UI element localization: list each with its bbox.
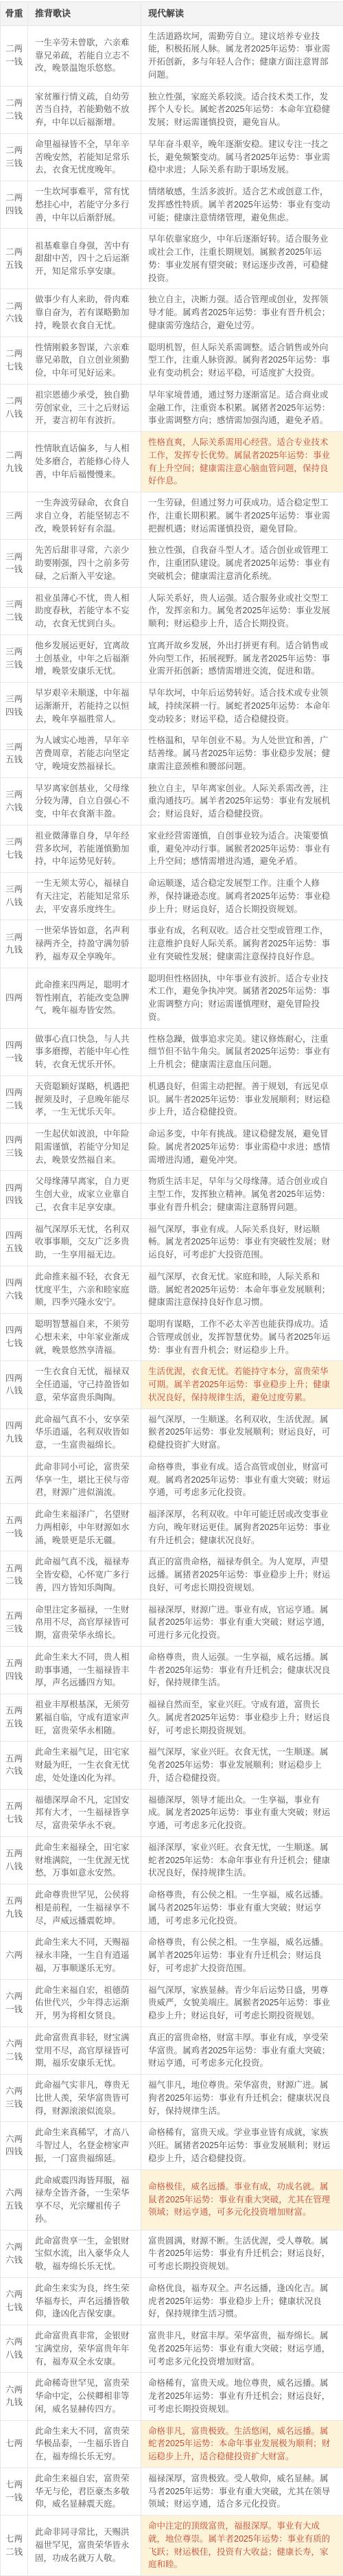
modern-cell: 福禄深厚，财源广进。事业有成，官运亨通。属鼠者2025年运势：事业有重大突破；财…	[141, 1599, 343, 1646]
table-row: 五两六钱 此命生来福气足，田宅家财最为旺，一生衣食无忧虑，处处逢凶化为祥。 福气…	[1, 1742, 343, 1789]
modern-cell: 物质生活丰足，早年与父母缘薄。适合创业或自主型工作，发挥独立精神。属兔者2025…	[141, 1171, 343, 1218]
table-row: 五两七钱 福德深厚命不凡，定国安邦有大才，一生福禄皆享尽，富贵荣华永不衰。 福德…	[1, 1789, 343, 1836]
verse-cell: 为人诚实心地善，早年辛苦费周章，若能志向坚定守，晚境安然福禄长。	[28, 730, 141, 777]
verse-cell: 家贫雁行情义疏，自幼劳苦当自持，若能勤勉不放弃，中年以后福渐增。	[28, 86, 141, 133]
modern-cell: 一生劳碌，但通过努力可获成功。适合稳定型工作，注重长期积累。属牛者2025年运势…	[141, 492, 343, 540]
table-row: 二两七钱 性情刚毅多智谋，六亲难靠兄弟散，自立创业须勤俭，中年可见好运来。 聪明…	[1, 337, 343, 384]
verse-cell: 此命生来大不同，富贵荣华极品泰，一生福乐皆自在，福寿绵长乐无穷。	[28, 2420, 141, 2467]
table-row: 五两三钱 命里注定多福禄，一生财帛用不尽，高官厚禄皆可期，富贵荣华永绵长。 福禄…	[1, 1599, 343, 1646]
table-row: 五两五钱 祖业丰厚根基深，无须劳累福自临，守成有道家声旺，富贵荣华永相随。 福禄…	[1, 1694, 343, 1742]
modern-cell: 早年家境普通，通过努力逐渐富足。适合商业或金融工作，注重资本积累。属猪者2025…	[141, 384, 343, 431]
weight-cell: 三两五钱	[1, 730, 28, 777]
table-row: 三两五钱 为人诚实心地善，早年辛苦费周章，若能志向坚定守，晚境安然福禄长。 性格…	[1, 730, 343, 777]
weight-cell: 六两	[1, 1932, 28, 1979]
modern-cell: 福禄深厚，富贵极致。受人敬仰，威名显赫。属马者2025年运势：事业有重大突破，尤…	[141, 2467, 343, 2515]
weight-cell: 六两四钱	[1, 2122, 28, 2169]
verse-cell: 此命福气实非凡，尊贵无比世人羡，荣华富贵皆可得，财源滚滚似流泉。	[28, 2075, 141, 2122]
weight-cell: 七两一钱	[1, 2467, 28, 2515]
verse-cell: 此命生来实为良，终生荣华福寿长，声名远播皆敬仰，逢凶化吉保安康。	[28, 2277, 141, 2325]
table-row: 五两八钱 此命生来福禄全，田宅家财堆满院，一生优渥无忧愁，万事如意永安然。 福泽…	[1, 1836, 343, 1884]
modern-cell: 福气深厚，家族显赫。青少年后运势日盛，男尊贵威严，女貌美端庄。属猴者2025年运…	[141, 1979, 343, 2027]
modern-cell: 情绪敏感，生活多波折。适合艺术或创意工作，发挥感性特质。属羊者2025年运势：事…	[141, 181, 343, 229]
weight-cell: 五两一钱	[1, 1504, 28, 1551]
weight-cell: 五两六钱	[1, 1742, 28, 1789]
weight-cell: 二两五钱	[1, 229, 28, 289]
modern-cell: 真正的富贵命格，财富丰厚。事业有成，享受荣华富贵。属鸡者2025年运势：事业有重…	[141, 2027, 343, 2074]
verse-cell: 聪明智慧福自来，不须劳心想未来，中年家业渐成就，晚景悠然享清福。	[28, 1314, 141, 1361]
weight-cell: 三两四钱	[1, 683, 28, 730]
weight-cell: 四两一钱	[1, 1028, 28, 1075]
weight-cell: 二两九钱	[1, 432, 28, 492]
table-row: 四两三钱 一生起伏如波浪，中年险阻需谨慎，若能守分知足去，晚景安然福自来。 命运…	[1, 1124, 343, 1171]
verse-cell: 命里福禄皆不全，早年辛苦晚安然，若能知足常乐去，衣食无忧度晚年。	[28, 133, 141, 181]
weight-cell: 二两三钱	[1, 133, 28, 181]
table-row: 四两二钱 天资聪颖好谋略，机遇把握须及时，子息晚年能尽孝，一生无忧乐天年。 机遇…	[1, 1075, 343, 1123]
modern-cell: 命运多变，中年有挑战。建议稳健发展，避免冒险。属虎者2025年运势：事业需稳中求…	[141, 1124, 343, 1171]
table-row: 六两六钱 此命富贵享一生，金银财宝似水流，出入豪华众人敬，福寿绵长乐无忧。 富贵…	[1, 2230, 343, 2277]
weight-cell: 五两三钱	[1, 1599, 28, 1646]
verse-cell: 做事少有人来助，骨肉难靠自奋为，若有谋略勤加持，晚景衣食自无忧。	[28, 289, 141, 337]
table-row: 四两七钱 聪明智慧福自来，不须劳心想未来，中年家业渐成就，晚景悠然享清福。 聪明…	[1, 1314, 343, 1361]
table-row: 三两一钱 先苦后甜非寻常，六亲少助要刚强，四十之前多劳碌，之后渐入平安途。 独立…	[1, 540, 343, 587]
verse-cell: 一生辛劳未曾歇，六亲难靠兄弟疏，若能自立志不改，晚景温饱乐悠悠。	[28, 25, 141, 86]
weight-cell: 五两	[1, 1456, 28, 1503]
table-row: 四两五钱 福气深厚乐无忧，名利双收事事顺，交友广泛多贵助，一生享用福无边。 福气…	[1, 1218, 343, 1266]
weight-cell: 四两四钱	[1, 1171, 28, 1218]
verse-cell: 此命非同小可论，富贵荣华享一生，堪比王侯与帝君，财源广进似湍流。	[28, 1456, 141, 1503]
weight-cell: 六两三钱	[1, 2075, 28, 2122]
table-row: 二两一钱 一生辛劳未曾歇，六亲难靠兄弟疏，若能自立志不改，晚景温饱乐悠悠。 生活…	[1, 25, 343, 86]
table-row: 二两八钱 祖宗恩德少承受，独自勤劳创家业，三十之后财运开，妻言初年有波折。 早年…	[1, 384, 343, 431]
weight-cell: 三两六钱	[1, 777, 28, 825]
modern-cell: 性格直爽，人际关系需用心经营。适合专业技术工作，发挥专长优势。属鼠者2025年运…	[141, 432, 343, 492]
weight-cell: 二两一钱	[1, 25, 28, 86]
verse-cell: 祖业丰厚根基深，无须劳累福自临，守成有道家声旺，富贵荣华永相随。	[28, 1694, 141, 1742]
weight-cell: 三两一钱	[1, 540, 28, 587]
table-row: 二两三钱 命里福禄皆不全，早年辛苦晚安然，若能知足常乐去，衣食无忧度晚年。 早年…	[1, 133, 343, 181]
verse-cell: 此命生来真稀罕，才高八斗智过人，名登金榜家声振，一门富贵福绵延。	[28, 2122, 141, 2169]
table-row: 四两九钱 此命福气真不小，安享荣华乐逍遥，名利双收皆如意，一生富贵福绵长。 福气…	[1, 1409, 343, 1456]
verse-cell: 性情刚毅多智谋，六亲难靠兄弟散，自立创业须勤俭，中年可见好运来。	[28, 337, 141, 384]
table-row: 二两九钱 性情耿直话偏多，与人相处多磨合，若能修心待人善，中年后福慢慢来。 性格…	[1, 432, 343, 492]
table-row: 四两六钱 此命推来福不轻，衣食无忧度平生，六亲和睦家庭顺，四季兴隆永安宁。 福气…	[1, 1266, 343, 1313]
weight-cell: 七两	[1, 2420, 28, 2467]
weight-cell: 五两二钱	[1, 1551, 28, 1599]
weight-cell: 四两五钱	[1, 1218, 28, 1266]
verse-cell: 一生衣食自无忧，福禄双全任逍遥，守己持盈皆如意，荣华富贵乐陶陶。	[28, 1361, 141, 1409]
table-row: 五两九钱 此命尊贵世罕见，公侯将相是前程，一生福禄享不尽，声威远播震乾坤。 命格…	[1, 1884, 343, 1932]
verse-cell: 早岁离家创基业，父母缘分较为薄，自立自强心不变，中年衣食渐丰盈。	[28, 777, 141, 825]
verse-cell: 此命福气真不小，安享荣华乐逍遥，名利双收皆如意，一生富贵福绵长。	[28, 1409, 141, 1456]
modern-cell: 命格稀有，富贵天成。地位尊贵，威名远播。属龙者2025年运势：事业有升迁机会；财…	[141, 2373, 343, 2420]
weight-cell: 二两四钱	[1, 181, 28, 229]
weight-cell: 四两八钱	[1, 1361, 28, 1409]
verse-cell: 此命福气真不浅，福禄寿全皆安稳，心怀宽广多行善，四方皆知乐陶陶。	[28, 1551, 141, 1599]
verse-cell: 祖基难靠自身强，苦中有甜甜中苦，四十之后运渐开，知足常乐享安康。	[28, 229, 141, 289]
modern-cell: 命格非凡，富贵极致。生活悠闲，威名远播。属蛇者2025年运势：本命年事业发展极为…	[141, 2420, 343, 2467]
verse-cell: 他乡发展运更好，宜离故土创基业，中年之后福渐增，晚景安康乐无忧。	[28, 635, 141, 682]
verse-cell: 一生起伏如波浪，中年险阻需谨慎，若能守分知足去，晚景安然福自来。	[28, 1124, 141, 1171]
table-row: 七两 此命生来大不同，富贵荣华极品泰，一生福乐皆自在，福寿绵长乐无穷。 命格非凡…	[1, 2420, 343, 2467]
table-row: 五两 此命非同小可论，富贵荣华享一生，堪比王侯与帝君，财源广进似湍流。 命格尊贵…	[1, 1456, 343, 1503]
modern-cell: 生活优渥，衣食无忧。若能持守本分，富贵荣华可期。属羊者2025年运势：事业稳步上…	[141, 1361, 343, 1409]
weight-cell: 五两四钱	[1, 1646, 28, 1694]
weight-cell: 六两一钱	[1, 1979, 28, 2027]
table-row: 六两七钱 此命生来实为良，终生荣华福寿长，声名远播皆敬仰，逢凶化吉保安康。 命格…	[1, 2277, 343, 2325]
verse-cell: 此命生来福自宏，富贵荣华无与伦，君臣豪杰多敬仰，威名显赫震天庭。	[28, 2467, 141, 2515]
modern-cell: 福泽深厚，名利双收。中年可能迁居或改变事业方向，晚年财运更佳。属狗者2025年运…	[141, 1504, 343, 1551]
modern-cell: 聪明但性格固执，中年事业有波折。适合专业技术工作，避免争执冲突。属猪者2025年…	[141, 968, 343, 1028]
modern-cell: 福气深厚，事业有成。人际关系良好，财运顺畅。属龙者2025年运势：事业有突破性发…	[141, 1218, 343, 1266]
modern-cell: 命格优良，福寿双全。声名远播，逢凶化吉。属虎者2025年运势：事业稳步上升；健康…	[141, 2277, 343, 2325]
verse-cell: 此命推来四两足，聪明才智性刚直，若能改变急脾气，晚年福寿皆安然。	[28, 968, 141, 1028]
modern-cell: 福气深厚，一生顺遂。名利双收，生活优渥。属猴者2025年运势：事业发展顺利；财运…	[141, 1409, 343, 1456]
modern-cell: 富贵圆满，财源不断。生活优渥，受人尊敬。属牛者2025年运势：事业有升迁机会；财…	[141, 2230, 343, 2277]
weight-cell: 七两二钱	[1, 2516, 28, 2576]
verse-cell: 祖宗恩德少承受，独自勤劳创家业，三十之后财运开，妻言初年有波折。	[28, 384, 141, 431]
verse-cell: 一生奔波劳碌命，衣食自求自立身，若能坚韧志不改，晚景转好有余温。	[28, 492, 141, 540]
weight-cell: 二两二钱	[1, 86, 28, 133]
modern-cell: 早年依靠家庭少，中年后逐渐好转。适合服务业或社会工作，注重长期规划。属猴者202…	[141, 229, 343, 289]
verse-cell: 命里注定多福禄，一生财帛用不尽，高官厚禄皆可期，富贵荣华永绵长。	[28, 1599, 141, 1646]
weight-cell: 三两三钱	[1, 635, 28, 682]
table-row: 六两四钱 此命生来真稀罕，才高八斗智过人，名登金榜家声振，一门富贵福绵延。 命格…	[1, 2122, 343, 2169]
modern-cell: 命格尊贵，事业有成。适合高管或创业，财富可观。属鸡者2025年运势：事业有重大突…	[141, 1456, 343, 1503]
modern-cell: 人际关系好，贵人运强。适合服务业或社交型工作，发挥亲和力。属兔者2025年运势：…	[141, 587, 343, 635]
table-row: 三两七钱 祖业微薄靠自身，早年经营多坎坷，若能谨慎勤加持，中年运势见好转。 家业…	[1, 825, 343, 872]
verse-cell: 此命威震四海皆拜服，福禄寿全皆齐备，一生荣华享不尽，光宗耀祖传子孙。	[28, 2169, 141, 2230]
modern-cell: 福气深厚，衣食无忧。家庭和睦，人际关系和谐。属蛇者2025年运势：本命年事业发展…	[141, 1266, 343, 1313]
weight-cell: 四两二钱	[1, 1075, 28, 1123]
verse-cell: 此命富贵真非常，金银财宝满堂房，荣华富贵年年有，福寿双全永安康。	[28, 2325, 141, 2373]
verse-cell: 性情耿直话偏多，与人相处多磨合，若能修心待人善，中年后福慢慢来。	[28, 432, 141, 492]
modern-cell: 独立性强，自我奋斗型人才。适合创业或管理工作，注重团队建设。属虎者2025年运势…	[141, 540, 343, 587]
verse-cell: 此命非同寻常比，天赐洪福世罕见，富贵荣华皆永固，功成名就万人敬。	[28, 2516, 141, 2576]
verse-cell: 祖业微薄靠自身，早年经营多坎坷，若能谨慎勤加持，中年运势见好转。	[28, 825, 141, 872]
verse-cell: 此命稀奇世罕见，富贵荣华命中定，公侯卿相非等闲，威名显赫传四方。	[28, 2373, 141, 2420]
verse-cell: 福气深厚乐无忧，名利双收事事顺，交友广泛多贵助，一生享用福无边。	[28, 1218, 141, 1266]
table-row: 三两三钱 他乡发展运更好，宜离故土创基业，中年之后福渐增，晚景安康乐无忧。 宜离…	[1, 635, 343, 682]
verse-cell: 一生无须太劳心，福禄自有天注定，若能知足常乐去，平安喜乐度终生。	[28, 873, 141, 920]
modern-cell: 命格尊贵，有公侯之相。一生享福，威名远播。属羊者2025年运势：事业有升迁机会；…	[141, 1932, 343, 1979]
verse-cell: 此命生来大不同，天赐福禄永丰隆，一生自有逍遥福，万事顺遂乐无穷。	[28, 1932, 141, 1979]
weight-cell: 六两八钱	[1, 2325, 28, 2373]
table-row: 六两三钱 此命福气实非凡，尊贵无比世人羡，荣华富贵皆可得，财源滚滚似流泉。 福气…	[1, 2075, 343, 2122]
modern-cell: 事业有成，名利双收。适合社交型或管理工作，注意维护良好人际关系。属狗者2025年…	[141, 920, 343, 968]
weight-cell: 四两三钱	[1, 1124, 28, 1171]
modern-cell: 福气非凡，地位尊贵。荣华富贵，财源广进。属狗者2025年运势：事业有升迁机会；健…	[141, 2075, 343, 2122]
modern-cell: 性格温和，早年创业不易。为人处世宜和善，广结善缘。属马者2025年运势：事业稳步…	[141, 730, 343, 777]
table-row: 五两一钱 此命生来福泽广，名望财力两相彰，中年财源如水涌，晚景更是乐无疆。 福泽…	[1, 1504, 343, 1551]
weight-cell: 四两七钱	[1, 1314, 28, 1361]
weight-cell: 五两九钱	[1, 1884, 28, 1932]
verse-cell: 此命尊贵世罕见，公侯将相是前程，一生福禄享不尽，声威远播震乾坤。	[28, 1884, 141, 1932]
weight-cell: 二两八钱	[1, 384, 28, 431]
verse-cell: 祖业虽薄心不忧，贵人相助度春秋，若能守本不妄动，衣食无忧到白头。	[28, 587, 141, 635]
table-row: 六两八钱 此命富贵真非常，金银财宝满堂房，荣华富贵年年有，福寿双全永安康。 富贵…	[1, 2325, 343, 2373]
modern-cell: 生活道路坎坷，需勤劳自立。建议培养专业技能，积极拓展人脉。属龙者2025年运势：…	[141, 25, 343, 86]
verse-cell: 先苦后甜非寻常，六亲少助要刚强，四十之前多劳碌，之后渐入平安途。	[28, 540, 141, 587]
modern-cell: 独立自主，早年离家创业。人际关系需改善，注重沟通技巧。属羊者2025年运势：事业…	[141, 777, 343, 825]
table-row: 三两 一生奔波劳碌命，衣食自求自立身，若能坚韧志不改，晚景转好有余温。 一生劳碌…	[1, 492, 343, 540]
weight-cell: 四两九钱	[1, 1409, 28, 1456]
verse-cell: 父母缘薄早离家，自力更生创大业，成家立业靠自己，衣食丰足享安康。	[28, 1171, 141, 1218]
table-row: 四两八钱 一生衣食自无忧，福禄双全任逍遥，守己持盈皆如意，荣华富贵乐陶陶。 生活…	[1, 1361, 343, 1409]
weight-cell: 二两六钱	[1, 289, 28, 337]
table-row: 六两一钱 此命生来福自宏，祖德荫佑世代兴，少年得志运渐开，男为将相女贤良。 福气…	[1, 1979, 343, 2027]
modern-cell: 早年奋斗艰辛，晚年逐渐安稳。建议专注一技之长，避免频繁变动。属马者2025年运势…	[141, 133, 343, 181]
verse-cell: 此命推来福不轻，衣食无忧度平生，六亲和睦家庭顺，四季兴隆永安宁。	[28, 1266, 141, 1313]
modern-cell: 命格极佳，威名远播。事业有成，功成名就。属鼠者2025年运势：事业有重大突破，尤…	[141, 2169, 343, 2230]
table-row: 三两九钱 一世荣华皆如意，名声利禄两齐全，持盈守满勿骄矜，福寿双全享晚年。 事业…	[1, 920, 343, 968]
verse-cell: 此命生来福气足，田宅家财最为旺，一生衣食无忧虑，处处逢凶化为祥。	[28, 1742, 141, 1789]
table-row: 二两二钱 家贫雁行情义疏，自幼劳苦当自持，若能勤勉不放弃，中年以后福渐增。 独立…	[1, 86, 343, 133]
verse-cell: 天资聪颖好谋略，机遇把握须及时，子息晚年能尽孝，一生无忧乐天年。	[28, 1075, 141, 1123]
verse-cell: 做事心直口快急，与人共事多磨擦，若能中年心性转，衣食无忧乐开怀。	[28, 1028, 141, 1075]
verse-cell: 此命生来福自宏，祖德荫佑世代兴，少年得志运渐开，男为将相女贤良。	[28, 1979, 141, 2027]
verse-cell: 此命生来福泽广，名望财力两相彰，中年财源如水涌，晚景更是乐无疆。	[28, 1504, 141, 1551]
modern-cell: 独立性强，家庭关系较淡。适合技术类工作，发挥个人专长。属蛇者2025年运势：本命…	[141, 86, 343, 133]
bone-weight-table: 骨重 推背歌诀 现代解读 二两一钱 一生辛劳未曾歇，六亲难靠兄弟疏，若能自立志不…	[0, 1, 343, 2576]
weight-cell: 五两五钱	[1, 1694, 28, 1742]
modern-cell: 性格急躁，做事追求完美。建议修炼耐心，注重细节但不钻牛角尖。属鼠者2025年运势…	[141, 1028, 343, 1075]
modern-cell: 独立自主，决断力强。适合管理或创业，发挥领导才能。属鸡者2025年运势：事业有晋…	[141, 289, 343, 337]
weight-cell: 六两六钱	[1, 2230, 28, 2277]
weight-cell: 五两七钱	[1, 1789, 28, 1836]
modern-cell: 福气深厚，家业兴旺。衣食无忧，一生顺遂。属兔者2025年运势：事业发展顺利；财运…	[141, 1742, 343, 1789]
header-modern: 现代解读	[141, 2, 343, 26]
table-row: 五两二钱 此命福气真不浅，福禄寿全皆安稳，心怀宽广多行善，四方皆知乐陶陶。 真正…	[1, 1551, 343, 1599]
modern-cell: 命格尊贵，贵人运强。一生享福，威名远播。属牛者2025年运势：事业有升迁机会；健…	[141, 1646, 343, 1694]
weight-cell: 三两八钱	[1, 873, 28, 920]
modern-cell: 聪明机智，但人际关系需调整。适合销售或外向型工作，注重人脉资源。属狗者2025年…	[141, 337, 343, 384]
table-header-row: 骨重 推背歌诀 现代解读	[1, 2, 343, 26]
weight-cell: 三两二钱	[1, 587, 28, 635]
weight-cell: 三两	[1, 492, 28, 540]
weight-cell: 三两七钱	[1, 825, 28, 872]
header-weight: 骨重	[1, 2, 28, 26]
weight-cell: 六两二钱	[1, 2027, 28, 2074]
table-row: 三两六钱 早岁离家创基业，父母缘分较为薄，自立自强心不变，中年衣食渐丰盈。 独立…	[1, 777, 343, 825]
table-row: 四两 此命推来四两足，聪明才智性刚直，若能改变急脾气，晚年福寿皆安然。 聪明但性…	[1, 968, 343, 1028]
modern-cell: 福禄自然而至，家业兴旺。守成有道，富贵长久。属虎者2025年运势：事业稳步上升；…	[141, 1694, 343, 1742]
weight-cell: 三两九钱	[1, 920, 28, 968]
modern-cell: 机遇良好，但需主动把握。善于规划，有远见卓识。属牛者2025年运势：事业发展顺利…	[141, 1075, 343, 1123]
modern-cell: 早年坎坷，中年后运势转好。适合技术或专业领域，持续深耕一行。属蛇者2025年运势…	[141, 683, 343, 730]
weight-cell: 六两七钱	[1, 2277, 28, 2325]
verse-cell: 福德深厚命不凡，定国安邦有大才，一生福禄皆享尽，富贵荣华永不衰。	[28, 1789, 141, 1836]
weight-cell: 六两五钱	[1, 2169, 28, 2230]
table-row: 四两四钱 父母缘薄早离家，自力更生创大业，成家立业靠自己，衣食丰足享安康。 物质…	[1, 1171, 343, 1218]
modern-cell: 福泽深厚，家业兴旺。衣食无忧，一生顺遂。属蛇者2025年运势：本命年事业有升迁机…	[141, 1836, 343, 1884]
table-row: 二两五钱 祖基难靠自身强，苦中有甜甜中苦，四十之后运渐开，知足常乐享安康。 早年…	[1, 229, 343, 289]
verse-cell: 此命生来福禄全，田宅家财堆满院，一生优渥无忧愁，万事如意永安然。	[28, 1836, 141, 1884]
modern-cell: 宜离开故乡发展，外出打拼更有利。适合销售或外向型工作，拓展视野。属龙者2025年…	[141, 635, 343, 682]
modern-cell: 真正的富贵命格，福禄寿俱全。为人宽厚，声望远播。属猪者2025年运势：事业稳步上…	[141, 1551, 343, 1599]
modern-cell: 家业经营需谨慎，自创事业较为适合。决策要慎重，避免冲动行事。属猴者2025年运势…	[141, 825, 343, 872]
header-verse: 推背歌诀	[28, 2, 141, 26]
modern-cell: 富贵非凡，财富丰厚。荣华富贵，福寿绵长。属兔者2025年运势：事业有重大突破；财…	[141, 2325, 343, 2373]
modern-cell: 聪明有谋略，工作不必太辛苦也能获得成功。适合管理或创业，发挥智慧优势。属马者20…	[141, 1314, 343, 1361]
table-row: 二两六钱 做事少有人来助，骨肉难靠自奋为，若有谋略勤加持，晚景衣食自无忧。 独立…	[1, 289, 343, 337]
modern-cell: 命格稀有，富贵天成。学业事业皆有成就，家族兴旺。属猪者2025年运势：事业发展顺…	[141, 2122, 343, 2169]
verse-cell: 一生坎坷事难平，常有忧愁挂心中，若能守分多行善，中年以后渐舒展。	[28, 181, 141, 229]
table-row: 七两二钱 此命非同寻常比，天赐洪福世罕见，富贵荣华皆永固，功成名就万人敬。 命中…	[1, 2516, 343, 2576]
modern-cell: 福德深厚，领导才能出众。一生享福，事业有成。属龙者2025年运势：事业有重大突破…	[141, 1789, 343, 1836]
table-row: 五两四钱 此命生来大不同，贵人相助事事通，一生福禄皆丰厚，声名远播四方知。 命格…	[1, 1646, 343, 1694]
modern-cell: 命运顺遂，适合稳定发展型工作。注重个人修养，保持谦逊态度。属鸡者2025年运势：…	[141, 873, 343, 920]
table-row: 六两二钱 此命富贵真非轻，财宝满堂用不尽，高官厚禄皆可期，福乐安康乐无忧。 真正…	[1, 2027, 343, 2074]
table-row: 二两四钱 一生坎坷事难平，常有忧愁挂心中，若能守分多行善，中年以后渐舒展。 情绪…	[1, 181, 343, 229]
table-row: 三两八钱 一生无须太劳心，福禄自有天注定，若能知足常乐去，平安喜乐度终生。 命运…	[1, 873, 343, 920]
verse-cell: 此命生来大不同，贵人相助事事通，一生福禄皆丰厚，声名远播四方知。	[28, 1646, 141, 1694]
weight-cell: 二两七钱	[1, 337, 28, 384]
verse-cell: 此命富贵享一生，金银财宝似水流，出入豪华众人敬，福寿绵长乐无忧。	[28, 2230, 141, 2277]
weight-cell: 四两	[1, 968, 28, 1028]
table-row: 六两五钱 此命威震四海皆拜服，福禄寿全皆齐备，一生荣华享不尽，光宗耀祖传子孙。 …	[1, 2169, 343, 2230]
weight-cell: 六两九钱	[1, 2373, 28, 2420]
table-row: 三两四钱 早岁艰辛未顺遂，中年福运渐渐开，若能持之以恒去，晚年享福胜常人。 早年…	[1, 683, 343, 730]
modern-cell: 命格尊贵，有公侯之相。一生享福，威名远播。属马者2025年运势：事业有重大突破；…	[141, 1884, 343, 1932]
verse-cell: 一世荣华皆如意，名声利禄两齐全，持盈守满勿骄矜，福寿双全享晚年。	[28, 920, 141, 968]
verse-cell: 早岁艰辛未顺遂，中年福运渐渐开，若能持之以恒去，晚年享福胜常人。	[28, 683, 141, 730]
table-row: 三两二钱 祖业虽薄心不忧，贵人相助度春秋，若能守本不妄动，衣食无忧到白头。 人际…	[1, 587, 343, 635]
table-row: 四两一钱 做事心直口快急，与人共事多磨擦，若能中年心性转，衣食无忧乐开怀。 性格…	[1, 1028, 343, 1075]
weight-cell: 五两八钱	[1, 1836, 28, 1884]
table-row: 六两 此命生来大不同，天赐福禄永丰隆，一生自有逍遥福，万事顺遂乐无穷。 命格尊贵…	[1, 1932, 343, 1979]
table-row: 六两九钱 此命稀奇世罕见，富贵荣华命中定，公侯卿相非等闲，威名显赫传四方。 命格…	[1, 2373, 343, 2420]
modern-cell: 命中注定的顶级富贵，福报深厚。事业有大成就，地位尊崇。属羊者2025年运势：事业…	[141, 2516, 343, 2576]
weight-cell: 四两六钱	[1, 1266, 28, 1313]
verse-cell: 此命富贵真非轻，财宝满堂用不尽，高官厚禄皆可期，福乐安康乐无忧。	[28, 2027, 141, 2074]
